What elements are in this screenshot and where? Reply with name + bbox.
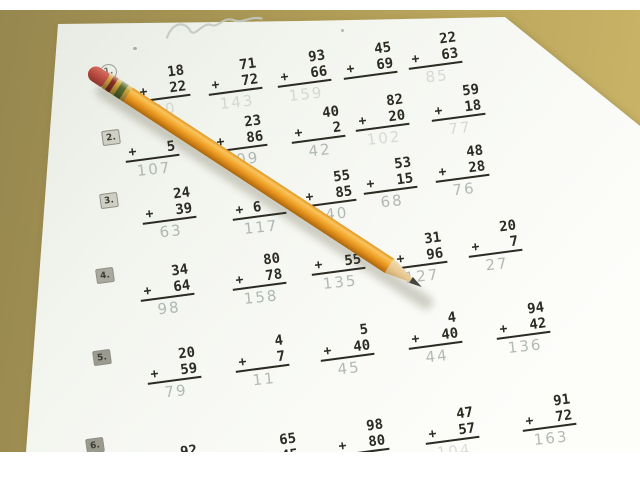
bottom-addend: 57 (458, 421, 477, 438)
plus-sign: + (235, 202, 245, 218)
row-number-label: 2. (101, 129, 121, 146)
plus-sign: + (143, 283, 153, 299)
addition-problem: 98+80 (331, 416, 389, 457)
plus-sign: + (145, 206, 155, 222)
bottom-addend: 40 (353, 338, 372, 355)
bottom-addend: 22 (169, 79, 188, 96)
addition-problem: 40+242 (287, 103, 347, 162)
plus-sign: + (525, 413, 535, 429)
addition-problem: 71+72143 (204, 55, 264, 114)
plus-sign: + (358, 113, 368, 129)
addition-problem: 94+42136 (492, 299, 552, 358)
addition-problem: 45+69 (339, 39, 397, 80)
bottom-addend: 85 (335, 184, 354, 201)
addition-problem: 4+711 (231, 332, 291, 391)
photo-border-top (0, 0, 640, 10)
bottom-addend: 78 (265, 267, 284, 284)
photo-border-bottom (0, 452, 640, 480)
pencil-speck (341, 29, 344, 32)
bottom-addend: 63 (441, 46, 460, 63)
bottom-addend: 2 (332, 120, 342, 136)
addition-problem: 20+5979 (143, 344, 203, 403)
bottom-addend: 96 (426, 246, 445, 263)
plus-sign: + (434, 103, 444, 119)
bottom-addend: 7 (509, 234, 519, 250)
plus-sign: + (211, 77, 221, 93)
plus-sign: + (411, 331, 421, 347)
plus-sign: + (366, 176, 376, 192)
plus-sign: + (411, 51, 421, 67)
bottom-addend: 40 (441, 326, 460, 343)
plus-sign: + (438, 164, 448, 180)
plus-sign: + (150, 366, 160, 382)
plus-sign: + (323, 343, 333, 359)
bottom-addend: 64 (173, 278, 192, 295)
bottom-addend: 7 (276, 349, 286, 365)
bottom-addend: 18 (464, 98, 483, 115)
row-number-label: 4. (95, 267, 115, 284)
addition-problem: 4+4044 (404, 309, 464, 368)
addition-problem: 24+3963 (138, 184, 198, 243)
row-number-label: 5. (92, 349, 112, 366)
plus-sign: + (346, 61, 356, 77)
bottom-addend: 28 (468, 159, 487, 176)
bottom-addend: 59 (180, 361, 199, 378)
bottom-addend: 72 (555, 408, 574, 425)
bottom-addend: 39 (175, 201, 194, 218)
addition-problem: 91+72163 (518, 391, 578, 450)
plus-sign: + (471, 239, 481, 255)
bottom-addend: 72 (241, 72, 260, 89)
addition-problem: 34+6498 (136, 261, 196, 320)
row-number-label: 3. (99, 192, 119, 209)
addition-problem: 80+78158 (228, 250, 288, 309)
bottom-addend: 42 (529, 316, 548, 333)
addition-problem: 20+727 (464, 217, 524, 276)
plus-sign: + (128, 144, 138, 160)
plus-sign: + (294, 125, 304, 141)
plus-sign: + (280, 69, 290, 85)
plus-sign: + (238, 354, 248, 370)
bottom-addend: 15 (396, 171, 415, 188)
bottom-addend: 80 (368, 433, 387, 450)
plus-sign: + (428, 426, 438, 442)
plus-sign: + (314, 257, 324, 273)
bottom-addend: 69 (376, 56, 395, 73)
addition-problem: 5+4045 (316, 321, 376, 380)
bottom-addend: 20 (388, 108, 407, 125)
bottom-addend: 86 (246, 129, 265, 146)
addition-problem: 53+1568 (359, 154, 419, 213)
plus-sign: + (499, 321, 509, 337)
pencil-speck (133, 47, 137, 50)
bottom-addend: 66 (310, 64, 329, 81)
worksheet-photo: 1.18+223071+7214393+6615945+6922+63852.+… (0, 0, 640, 480)
addition-problem: 22+6385 (404, 29, 464, 88)
addition-problem: 82+20102 (351, 91, 411, 150)
plus-sign: + (235, 272, 245, 288)
addition-problem: 48+2876 (431, 142, 491, 201)
addition-problem: 59+1877 (427, 81, 487, 140)
addition-problem: 93+66159 (273, 47, 333, 106)
